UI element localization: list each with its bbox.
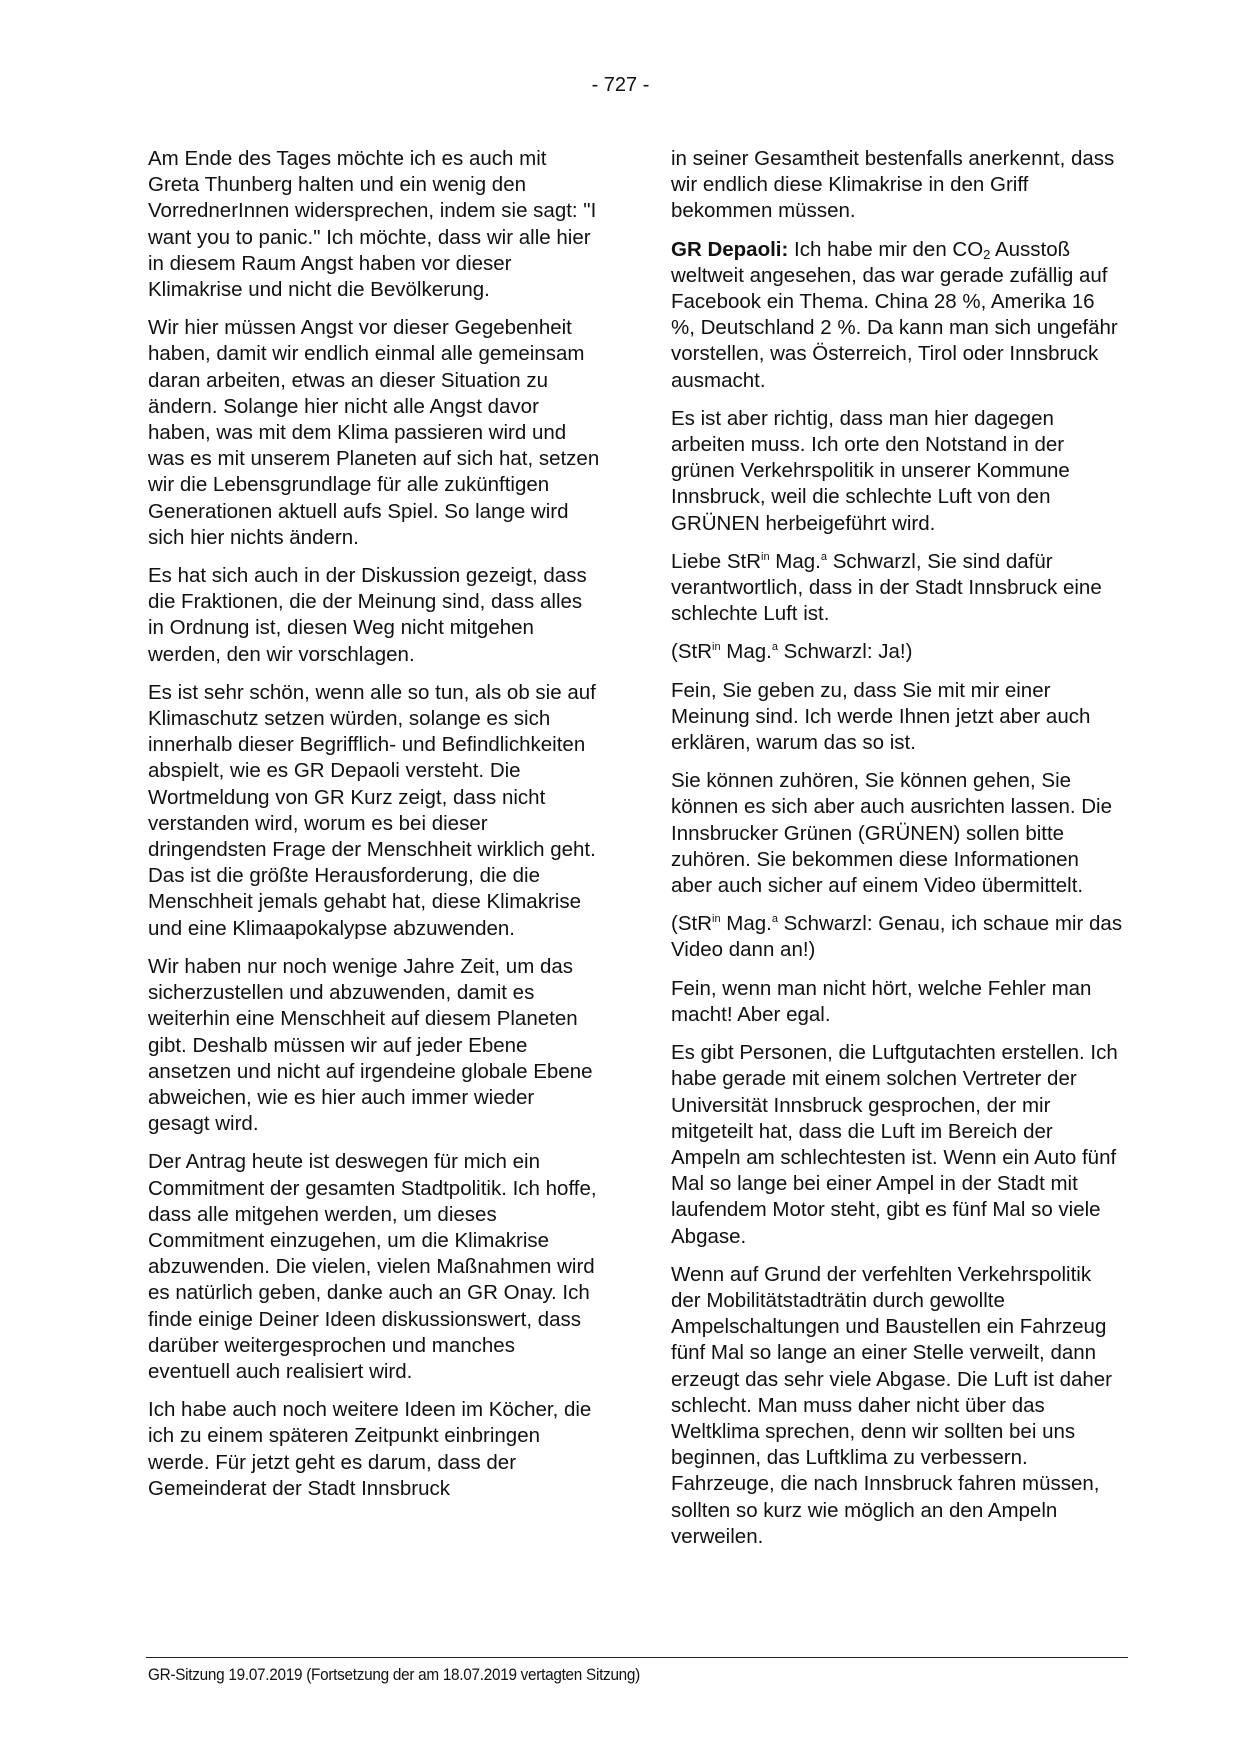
paragraph: Wir haben nur noch wenige Jahre Zeit, um… (148, 954, 600, 1137)
speech-paragraph: GR Depaoli: Ich habe mir den CO2 Ausstoß… (671, 237, 1123, 394)
paragraph: in seiner Gesamtheit bestenfalls anerken… (671, 146, 1123, 225)
text: Mag. (770, 550, 821, 573)
paragraph: Es ist aber richtig, dass man hier dageg… (671, 406, 1123, 537)
paragraph: Wenn auf Grund der verfehlten Verkehrspo… (671, 1262, 1123, 1550)
superscript: in (761, 551, 770, 563)
paragraph: Fein, wenn man nicht hört, welche Fehler… (671, 976, 1123, 1028)
paragraph: Wir hier müssen Angst vor dieser Gegeben… (148, 315, 600, 551)
footer-divider (146, 1657, 1128, 1658)
text: Liebe StR (671, 550, 761, 573)
text: Mag. (721, 912, 772, 935)
text: (StR (671, 640, 712, 663)
paragraph: Es ist sehr schön, wenn alle so tun, als… (148, 680, 600, 942)
paragraph: Sie können zuhören, Sie können gehen, Si… (671, 768, 1123, 899)
left-column: Am Ende des Tages möchte ich es auch mit… (148, 146, 600, 1514)
speaker-name: GR Depaoli: (671, 238, 788, 261)
paragraph: Ich habe auch noch weitere Ideen im Köch… (148, 1397, 600, 1502)
text: (StR (671, 912, 712, 935)
paragraph: Es hat sich auch in der Diskussion gezei… (148, 563, 600, 668)
right-column: in seiner Gesamtheit bestenfalls anerken… (671, 146, 1123, 1562)
paragraph: Am Ende des Tages möchte ich es auch mit… (148, 146, 600, 303)
superscript: in (712, 641, 721, 653)
footer-text: GR-Sitzung 19.07.2019 (Fortsetzung der a… (148, 1665, 640, 1685)
speech-text: Ich habe mir den CO (788, 238, 983, 261)
text: Schwarzl: Ja!) (778, 640, 912, 663)
interjection: (StRin Mag.a Schwarzl: Genau, ich schaue… (671, 911, 1123, 963)
superscript: in (712, 913, 721, 925)
page-number: - 727 - (0, 74, 1241, 97)
interjection: (StRin Mag.a Schwarzl: Ja!) (671, 639, 1123, 665)
paragraph: Der Antrag heute ist deswegen für mich e… (148, 1149, 600, 1385)
paragraph: Liebe StRin Mag.a Schwarzl, Sie sind daf… (671, 549, 1123, 628)
paragraph: Es gibt Personen, die Luftgutachten erst… (671, 1040, 1123, 1250)
paragraph: Fein, Sie geben zu, dass Sie mit mir ein… (671, 678, 1123, 757)
text: Mag. (721, 640, 772, 663)
